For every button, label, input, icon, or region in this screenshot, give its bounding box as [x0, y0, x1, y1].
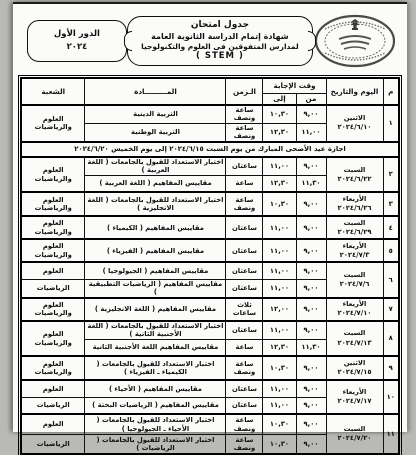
cell-day-date: السبت ٢٠٢٤/٦/٢٢ [326, 157, 383, 192]
table-row: ٤ السبت ٢٠٢٤/٦/٢٩ ٩,٠٠ ١١,٠٠ ساعتان مقاي… [21, 216, 399, 239]
cell-branch: الرياضيات [21, 397, 85, 414]
ministry-seal-icon [313, 13, 397, 69]
col-header-duration: الـزمن [226, 78, 263, 105]
cell-from: ٩,٠٠ [296, 321, 326, 339]
cell-to: ١١,٠٠ [263, 216, 296, 239]
cell-from: ٩,٠٠ [296, 397, 326, 414]
cell-num: ٨ [383, 321, 399, 356]
cell-branch: العلوم [21, 414, 85, 430]
table-row: ٢ السبت ٢٠٢٤/٦/٢٢ ٩,٠٠ ١١,٠٠ ساعتان اختب… [21, 157, 399, 175]
cell-num: ١ [383, 105, 399, 142]
cell-from: ٩,٠٠ [296, 216, 326, 239]
day-name: السبت [329, 425, 381, 430]
cell-duration: ساعتان [226, 216, 263, 239]
day-name: السبت [329, 271, 381, 280]
cell-from: ٩,٠٠ [296, 157, 326, 175]
cell-day-date: السبت ٢٠٢٤/٧/٦ [326, 262, 383, 297]
cell-to: ١١,٠٠ [263, 397, 296, 414]
col-header-subject: المـــــــــادة [85, 78, 226, 105]
document-subtitle-2: لمدارس المتفوقين فى العلوم والتكنولوجيا [134, 42, 306, 51]
cell-to: ١١,٠٠ [263, 279, 296, 297]
cell-from: ١١,٣٠ [296, 175, 326, 192]
cell-from: ٩,٠٠ [296, 380, 326, 397]
holiday-row: اجازة عيد الأضحى المبارك من يوم السبت ٢٠… [21, 142, 399, 157]
document-subtitle: شهادة إتمام الدراسة الثانوية العامة [134, 32, 306, 42]
cell-subject: مقاييس المفاهيم ( الرياضيات التطبيقية ) [85, 279, 226, 297]
cell-from: ٩,٠٠ [296, 262, 326, 279]
cell-from: ٩,٠٠ [296, 105, 326, 123]
cell-branch: العلوم والرياضيات [21, 105, 85, 142]
cell-num: ٢ [383, 157, 399, 192]
cell-duration: ساعة ونصف [226, 123, 263, 141]
cell-from: ١١,٠٠ [296, 123, 326, 141]
table-row: ٧ الأربعاء ٢٠٢٤/٧/١٠ ٩,٠٠ ١٢,٠٠ ثلاث ساع… [21, 298, 399, 321]
cell-to: ١١,٠٠ [263, 239, 296, 262]
cell-duration: ساعتان [226, 380, 263, 397]
cell-day-date: السبت ٢٠٢٤/٧/٢٠ [326, 414, 383, 430]
date-value: ٢٠٢٤/٦/٢٦ [329, 204, 381, 213]
col-header-answer-time: وقت الإجابة [263, 78, 326, 93]
cell-branch: العلوم والرياضيات [21, 239, 85, 262]
cell-day-date: الاثنين ٢٠٢٤/٦/١٠ [326, 105, 383, 142]
cell-from: ٩,٠٠ [296, 356, 326, 380]
cell-branch: العلوم والرياضيات [21, 298, 85, 321]
cell-to: ١١,٠٠ [263, 321, 296, 339]
cell-num: ٦ [383, 262, 399, 297]
cell-to: ١٠,٣٠ [263, 105, 296, 123]
cell-to: ١٢,٣٠ [263, 123, 296, 141]
cell-day-date: الاثنين ٢٠٢٤/٧/١٥ [326, 356, 383, 380]
cell-day-date: الأربعاء ٢٠٢٤/٧/٣ [326, 239, 383, 262]
cell-to: ١١,٠٠ [263, 262, 296, 279]
col-header-num: م [383, 78, 399, 105]
day-name: السبت [329, 329, 381, 338]
cell-subject: مقاييس المفاهيم ( الأحياء ) [85, 380, 226, 397]
cell-duration: ساعتان [226, 321, 263, 339]
exam-schedule-table: م اليوم والتاريخ وقت الإجابة الـزمن المـ… [20, 77, 400, 430]
cell-day-date: السبت ٢٠٢٤/٧/١٣ [326, 321, 383, 356]
day-name: الأربعاء [329, 242, 381, 251]
cell-duration: ساعة ونصف [226, 105, 263, 123]
cell-num: ٤ [383, 216, 399, 239]
holiday-note: اجازة عيد الأضحى المبارك من يوم السبت ٢٠… [21, 142, 399, 157]
table-row: ٣ الأربعاء ٢٠٢٤/٦/٢٦ ٩,٠٠ ١٠,٣٠ ساعة ونص… [21, 192, 399, 216]
cell-branch: العلوم [21, 380, 85, 397]
cell-branch: العلوم [21, 262, 85, 279]
day-name: الأربعاء [329, 300, 381, 309]
cell-duration: ساعة [226, 339, 263, 356]
cell-branch: العلوم والرياضيات [21, 356, 85, 380]
date-value: ٢٠٢٤/٧/٣ [329, 251, 381, 260]
table-header-row: م اليوم والتاريخ وقت الإجابة الـزمن المـ… [21, 78, 399, 93]
col-header-branch: الشعبة [21, 78, 85, 105]
cell-to: ١٠,٣٠ [263, 356, 296, 380]
cell-duration: ساعة ونصف [226, 192, 263, 216]
cell-subject: اختبار الاستعداد للقبول بالجامعات ( الكي… [85, 356, 226, 380]
cell-subject: التربية الوطنية [85, 123, 226, 141]
document-page: جدول امتحان شهادة إتمام الدراسة الثانوية… [13, 2, 407, 430]
table-row: ٥ الأربعاء ٢٠٢٤/٧/٣ ٩,٠٠ ١١,٠٠ ساعتان مق… [21, 239, 399, 262]
cell-subject: مقاييس المفاهيم اللغة الأجنبية الثانية [85, 339, 226, 356]
cell-subject: مقاييس المفاهيم ( الجيولوجيا ) [85, 262, 226, 279]
round-year: ٢٠٢٤ [32, 41, 122, 54]
cell-subject: اختبار الاستعداد للقبول بالجامعات ( اللغ… [85, 192, 226, 216]
col-header-day-date: اليوم والتاريخ [326, 78, 383, 105]
cell-from: ٩,٠٠ [296, 414, 326, 430]
cell-duration: ساعتان [226, 157, 263, 175]
cell-to: ١١,٠٠ [263, 157, 296, 175]
cell-subject: التربية الدينية [85, 105, 226, 123]
cell-from: ٩,٠٠ [296, 298, 326, 321]
date-value: ٢٠٢٤/٦/١٠ [329, 123, 381, 132]
cell-num: ١٠ [383, 380, 399, 414]
cell-day-date: الأربعاء ٢٠٢٤/٦/٢٦ [326, 192, 383, 216]
round-label: الدور الأول [32, 28, 122, 41]
col-header-from: من [296, 93, 326, 105]
day-name: الاثنين [329, 114, 381, 123]
cell-num: ٣ [383, 192, 399, 216]
day-name: الأربعاء [329, 195, 381, 204]
exam-round-box: الدور الأول ٢٠٢٤ [27, 20, 127, 62]
day-name: السبت [329, 166, 381, 175]
col-header-to: إلى [263, 93, 296, 105]
cell-day-date: الأربعاء ٢٠٢٤/٧/١٠ [326, 298, 383, 321]
day-name: الاثنين [329, 359, 381, 368]
cell-day-date: السبت ٢٠٢٤/٦/٢٩ [326, 216, 383, 239]
table-row: ٨ السبت ٢٠٢٤/٧/١٣ ٩,٠٠ ١١,٠٠ ساعتان اختب… [21, 321, 399, 339]
date-value: ٢٠٢٤/٧/٦ [329, 280, 381, 289]
cell-from: ٩,٠٠ [296, 239, 326, 262]
cell-duration: ساعتان [226, 262, 263, 279]
date-value: ٢٠٢٤/٧/١٠ [329, 309, 381, 318]
date-value: ٢٠٢٤/٦/٢٢ [329, 175, 381, 184]
date-value: ٢٠٢٤/٦/٢٩ [329, 228, 381, 237]
date-value: ٢٠٢٤/٧/١٥ [329, 368, 381, 377]
cell-to: ١٠,٣٠ [263, 414, 296, 430]
table-row: ٩ الاثنين ٢٠٢٤/٧/١٥ ٩,٠٠ ١٠,٣٠ ساعة ونصف… [21, 356, 399, 380]
cell-num: ٥ [383, 239, 399, 262]
cell-from: ٩,٠٠ [296, 192, 326, 216]
cell-duration: ثلاث ساعات [226, 298, 263, 321]
cell-duration: ساعة ونصف [226, 356, 263, 380]
document-title: جدول امتحان [134, 20, 306, 31]
cell-duration: ساعة [226, 175, 263, 192]
cell-duration: ساعة ونصف [226, 414, 263, 430]
cell-subject: مقاييس المفاهيم ( الكيمياء ) [85, 216, 226, 239]
cell-to: ١٢,٠٠ [263, 298, 296, 321]
cell-to: ١٢,٣٠ [263, 339, 296, 356]
cell-num: ٩ [383, 356, 399, 380]
cell-branch: العلوم والرياضيات [21, 157, 85, 192]
table-row: ١ الاثنين ٢٠٢٤/٦/١٠ ٩,٠٠ ١٠,٣٠ ساعة ونصف… [21, 105, 399, 123]
cell-branch: العلوم والرياضيات [21, 192, 85, 216]
cell-subject: اختبار الاستعداد للقبول بالجامعات ( الأح… [85, 414, 226, 430]
cell-branch: العلوم والرياضيات [21, 321, 85, 356]
title-plaque: جدول امتحان شهادة إتمام الدراسة الثانوية… [127, 16, 313, 65]
cell-num: ١١ [383, 414, 399, 430]
cell-branch: العلوم والرياضيات [21, 216, 85, 239]
cell-subject: اختبار الاستعداد للقبول بالجامعات ( اللغ… [85, 321, 226, 339]
cell-to: ١٢,٣٠ [263, 175, 296, 192]
cell-subject: مقاييس المفاهيم ( اللغة العربية ) [85, 175, 226, 192]
cell-day-date: الأربعاء ٢٠٢٤/٧/١٧ [326, 380, 383, 414]
table-row: ١١ السبت ٢٠٢٤/٧/٢٠ ٩,٠٠ ١٠,٣٠ ساعة ونصف … [21, 414, 399, 430]
date-value: ٢٠٢٤/٧/١٧ [329, 397, 381, 406]
cell-subject: اختبار الاستعداد للقبول بالجامعات ( اللغ… [85, 157, 226, 175]
stem-label: ( STEM ) [134, 51, 306, 62]
table-row: ٦ السبت ٢٠٢٤/٧/٦ ٩,٠٠ ١١,٠٠ ساعتان مقايي… [21, 262, 399, 279]
date-value: ٢٠٢٤/٧/١٣ [329, 339, 381, 348]
cell-num: ٧ [383, 298, 399, 321]
cell-duration: ساعتان [226, 239, 263, 262]
cell-to: ١٠,٣٠ [263, 192, 296, 216]
cell-from: ٩,٠٠ [296, 279, 326, 297]
cell-branch: الرياضيات [21, 279, 85, 297]
cell-subject: مقاييس المفاهيم ( الفيزياء ) [85, 239, 226, 262]
cell-duration: ساعتان [226, 397, 263, 414]
day-name: الأربعاء [329, 388, 381, 397]
cell-duration: ساعتان [226, 279, 263, 297]
cell-to: ١١,٠٠ [263, 380, 296, 397]
table-row: ١٠ الأربعاء ٢٠٢٤/٧/١٧ ٩,٠٠ ١١,٠٠ ساعتان … [21, 380, 399, 397]
cell-subject: مقاييس المفاهيم ( الرياضيات البحتة ) [85, 397, 226, 414]
cell-subject: مقاييس المفاهيم ( اللغة الانجليزية ) [85, 298, 226, 321]
cell-from: ١١,٣٠ [296, 339, 326, 356]
document-header: جدول امتحان شهادة إتمام الدراسة الثانوية… [13, 4, 407, 75]
day-name: السبت [329, 219, 381, 228]
